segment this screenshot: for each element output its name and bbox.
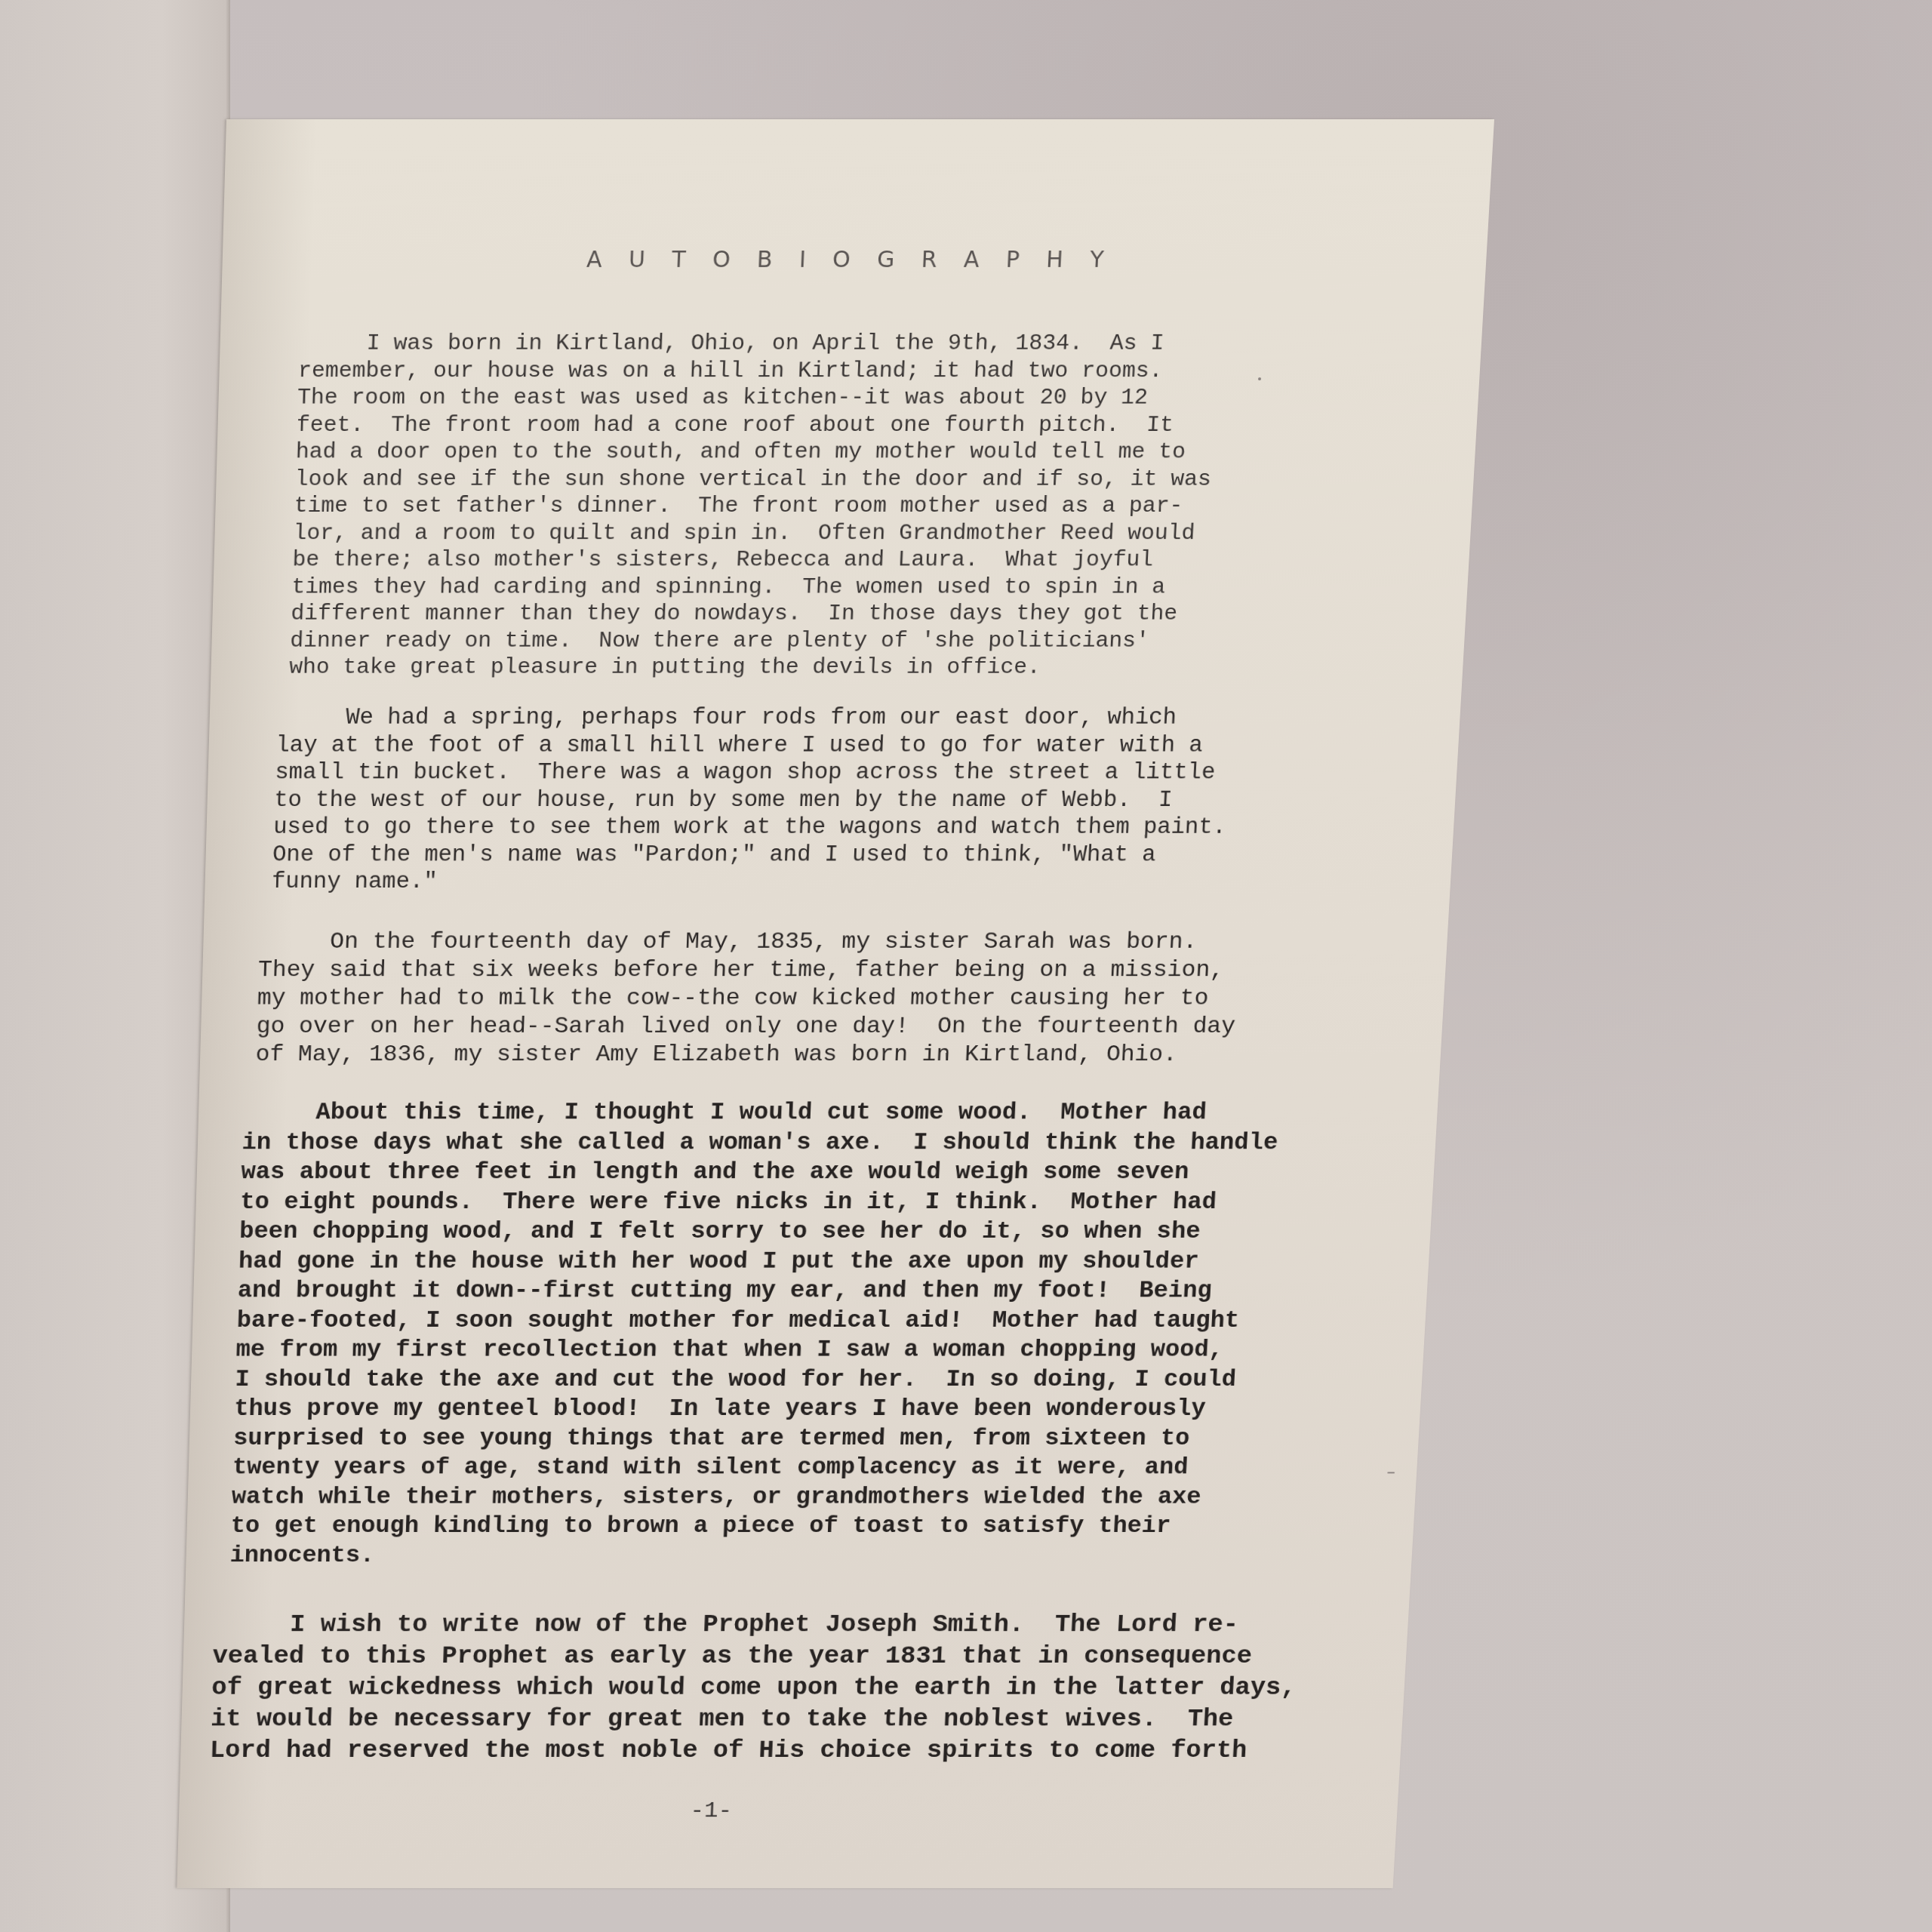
text-line: my mother had to milk the cow--the cow k… [257,984,1238,1012]
text-line: me from my first recollection that when … [235,1335,1268,1364]
text-line: I was born in Kirtland, Ohio, on April t… [299,331,1219,358]
text-line: We had a spring, perhaps four rods from … [276,704,1232,731]
text-line: go over on her head--Sarah lived only on… [256,1012,1236,1040]
text-line: vealed to this Prophet as early as the y… [212,1641,1299,1672]
text-line: feet. The front room had a cone roof abo… [296,412,1214,439]
text-line: I should take the axe and cut the wood f… [235,1364,1266,1394]
text-line: On the fourteenth day of May, 1835, my s… [259,928,1241,955]
text-line: of great wickedness which would come upo… [211,1672,1297,1704]
paragraph-spring: We had a spring, perhaps four rods from … [272,704,1233,896]
page-number: -1- [690,1798,733,1823]
text-line: watch while their mothers, sisters, or g… [231,1482,1260,1512]
text-line: be there; also mother's sisters, Rebecca… [292,547,1207,574]
text-line: of May, 1836, my sister Amy Elizabeth wa… [255,1040,1235,1068]
text-line: lor, and a room to quilt and spin in. Of… [293,520,1209,547]
text-line: dinner ready on time. Now there are plen… [290,628,1204,655]
text-line: innocents. [229,1541,1257,1571]
text-line: different manner than they do nowdays. I… [291,601,1205,628]
paragraph-axe: About this time, I thought I would cut s… [229,1098,1280,1571]
paper-speck [1258,377,1261,380]
text-line: lay at the foot of a small hill where I … [275,732,1231,759]
text-line: had a door open to the south, and often … [295,439,1213,466]
text-line: had gone in the house with her wood I pu… [238,1247,1272,1276]
paper-speck [1387,1472,1395,1473]
text-line: funny name." [272,869,1224,896]
text-line: look and see if the sun shone vertical i… [294,466,1211,494]
text-line: About this time, I thought I would cut s… [242,1098,1280,1128]
text-line: who take great pleasure in putting the d… [289,654,1202,681]
paragraph-sisters: On the fourteenth day of May, 1835, my s… [255,928,1241,1069]
text-line: bare-footed, I soon sought mother for me… [236,1306,1269,1335]
text-line: Lord had reserved the most noble of His … [209,1735,1294,1767]
text-line: to get enough kindling to brown a piece … [230,1512,1258,1541]
text-line: and brought it down--first cutting my ea… [237,1276,1270,1306]
text-line: time to set father's dinner. The front r… [294,493,1211,520]
text-line: small tin bucket. There was a wagon shop… [275,759,1230,786]
text-line: to the west of our house, run by some me… [274,786,1229,814]
text-line: it would be necessary for great men to t… [211,1704,1296,1736]
text-line: used to go there to see them work at the… [273,814,1227,841]
text-line: thus prove my genteel blood! In late yea… [234,1394,1265,1423]
text-line: was about three feet in length and the a… [241,1158,1277,1187]
text-line: times they had carding and spinning. The… [291,574,1206,601]
text-line: surprised to see young things that are t… [233,1423,1263,1453]
paragraph-prophet: I wish to write now of the Prophet Josep… [209,1609,1300,1766]
text-line: been chopping wood, and I felt sorry to … [239,1217,1274,1246]
text-line: remember, our house was on a hill in Kir… [297,358,1217,385]
text-line: They said that six weeks before her time… [257,955,1238,983]
text-line: The room on the east was used as kitchen… [297,385,1216,412]
paragraph-birth: I was born in Kirtland, Ohio, on April t… [289,331,1219,681]
text-line: twenty years of age, stand with silent c… [232,1453,1262,1482]
document-page: A U T O B I O G R A P H Y I was born in … [177,119,1494,1888]
text-line: One of the men's name was "Pardon;" and … [272,841,1226,869]
text-line: I wish to write now of the Prophet Josep… [213,1609,1300,1641]
page-title: A U T O B I O G R A P H Y [586,247,1115,273]
text-line: to eight pounds. There were five nicks i… [240,1187,1275,1217]
text-line: in those days what she called a woman's … [241,1128,1278,1157]
